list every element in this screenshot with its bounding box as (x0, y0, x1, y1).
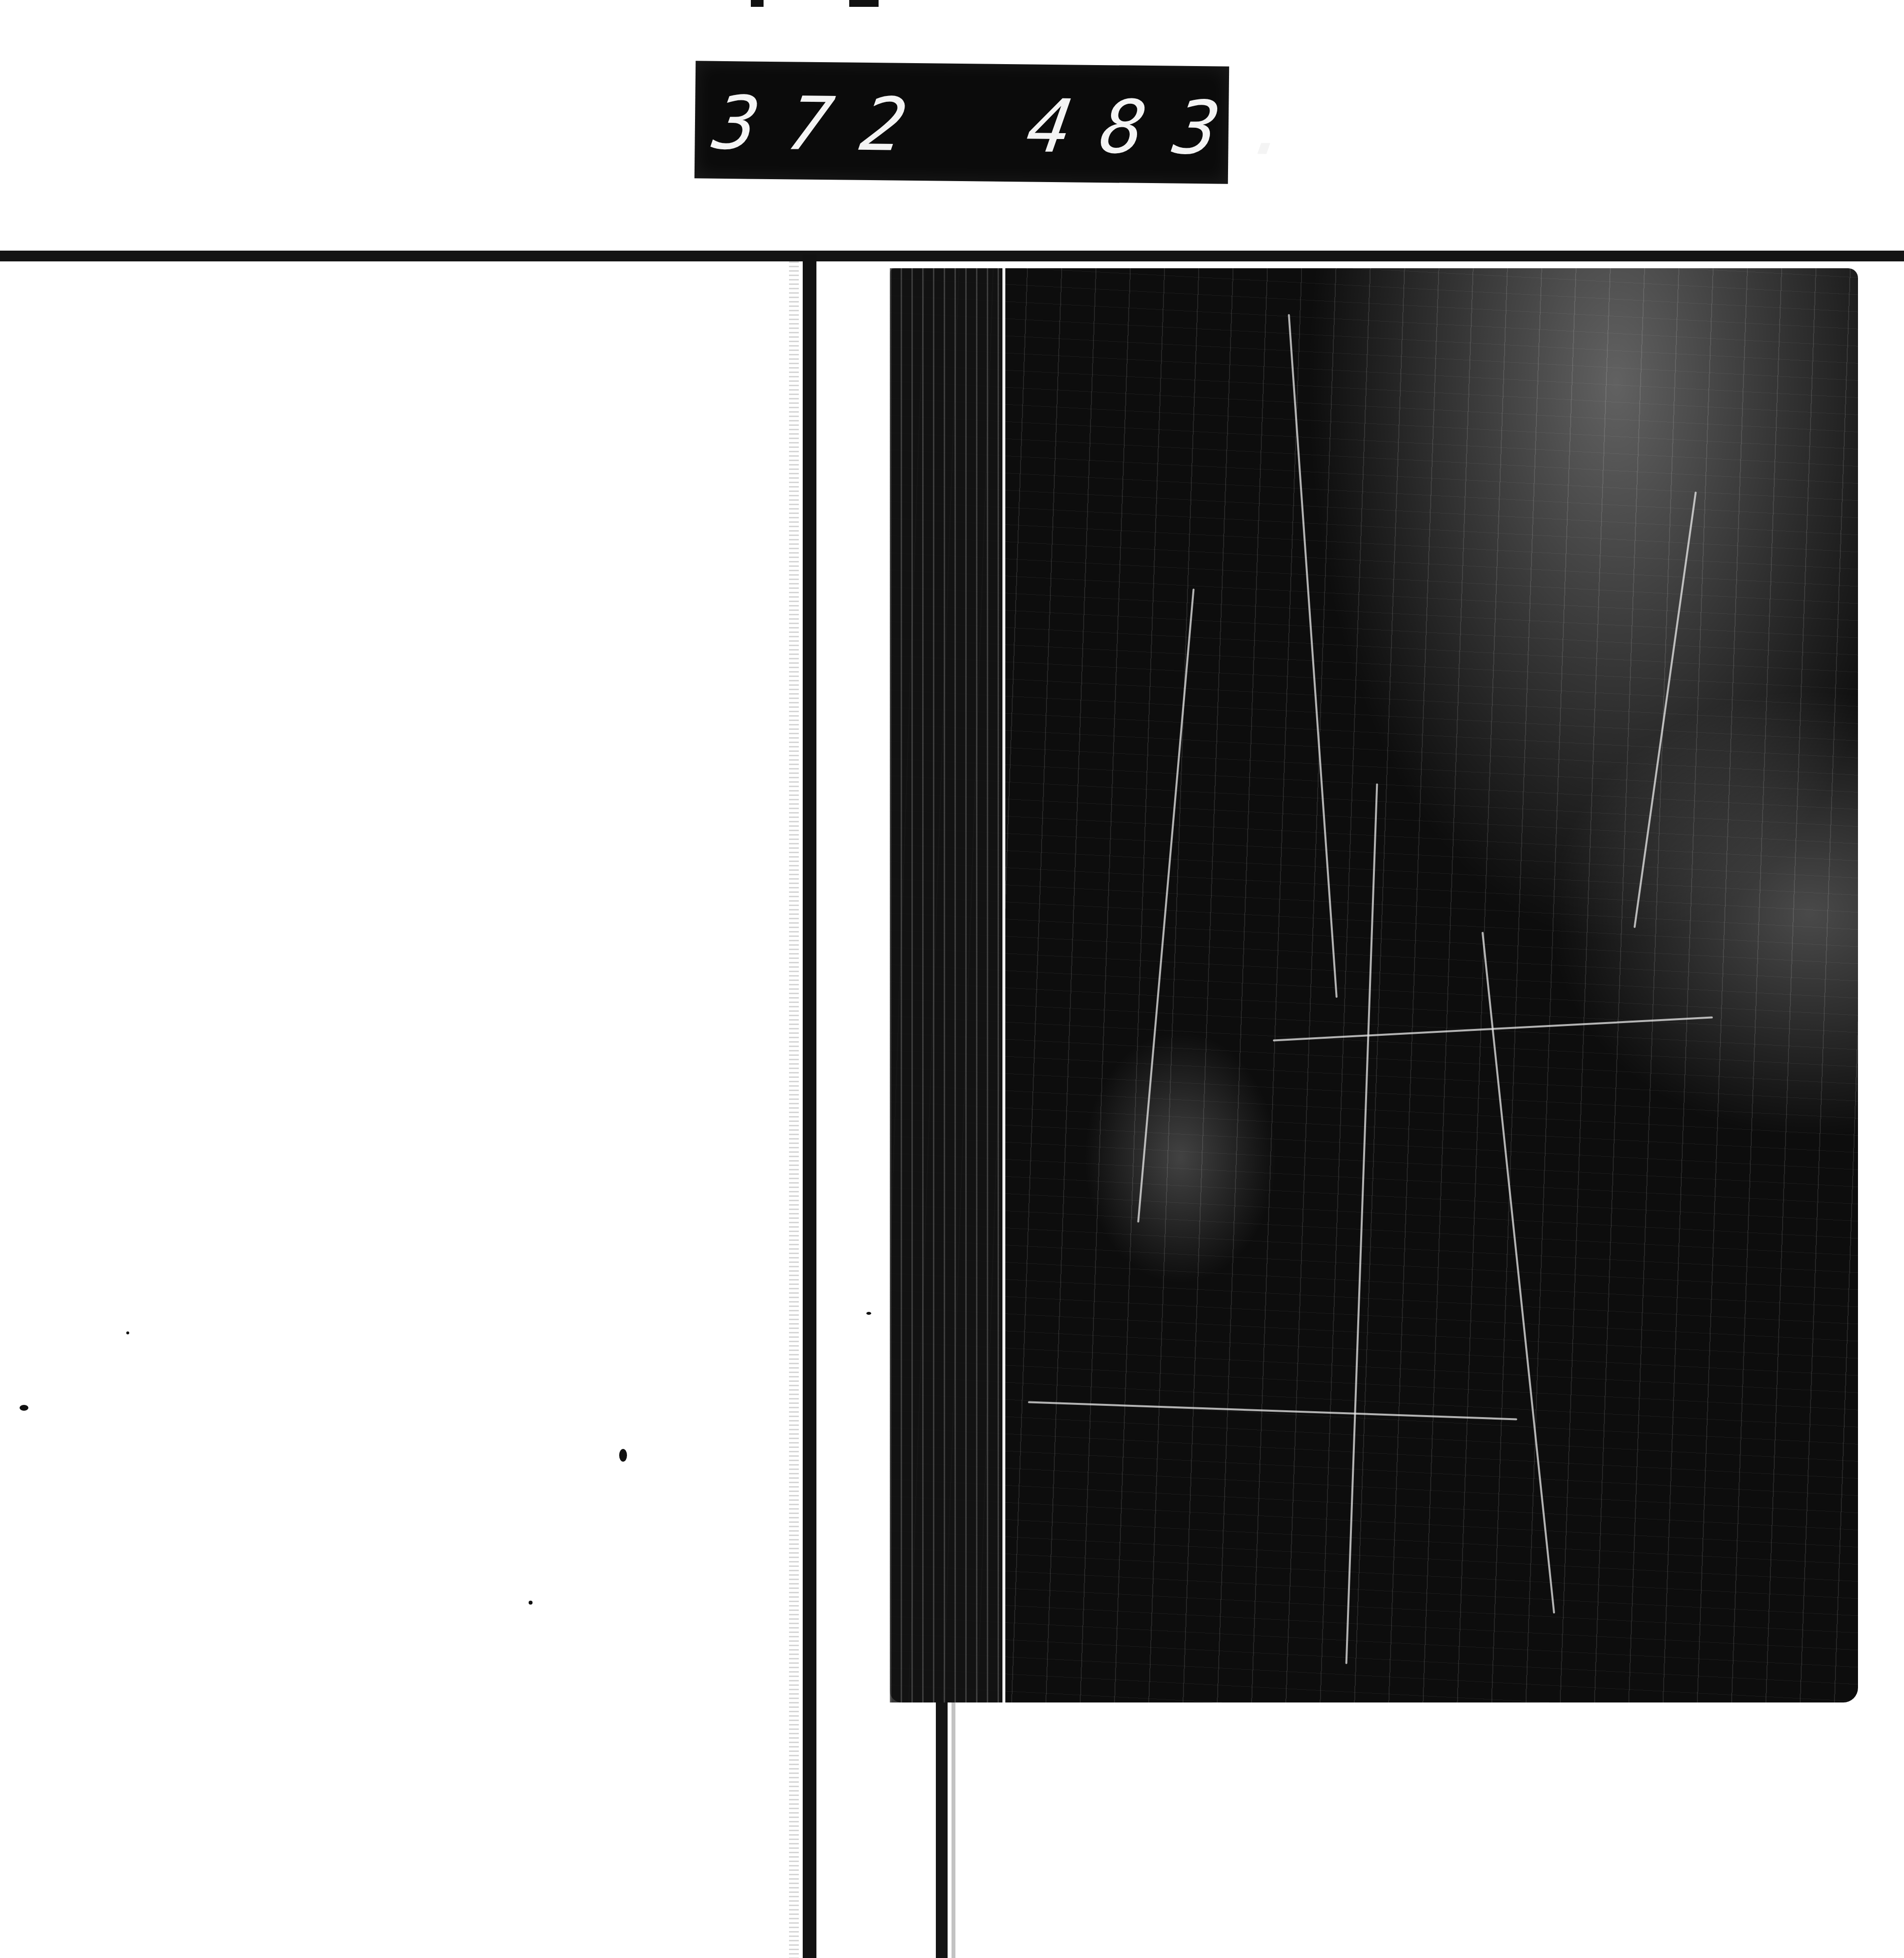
top-edge-mark (751, 0, 764, 7)
reel-number-right: 483. (1022, 84, 1328, 172)
dust-speck (619, 1449, 627, 1462)
vertical-divider-bar (803, 255, 816, 1958)
book-spine (890, 268, 1005, 1702)
reel-number-left: 372 (708, 81, 942, 168)
top-edge-mark (849, 0, 879, 7)
dust-speck (866, 1312, 871, 1315)
page-edge (952, 1702, 955, 1958)
reel-label: 372 483. (695, 61, 1229, 184)
book-cover (890, 268, 1858, 1702)
horizontal-rule (0, 251, 1904, 261)
dust-speck (126, 1331, 129, 1334)
page-edge (789, 261, 799, 1958)
vertical-divider-bar (936, 1702, 948, 1958)
dust-speck (529, 1601, 533, 1605)
blank-left-page (0, 261, 793, 1958)
dust-speck (20, 1405, 28, 1411)
